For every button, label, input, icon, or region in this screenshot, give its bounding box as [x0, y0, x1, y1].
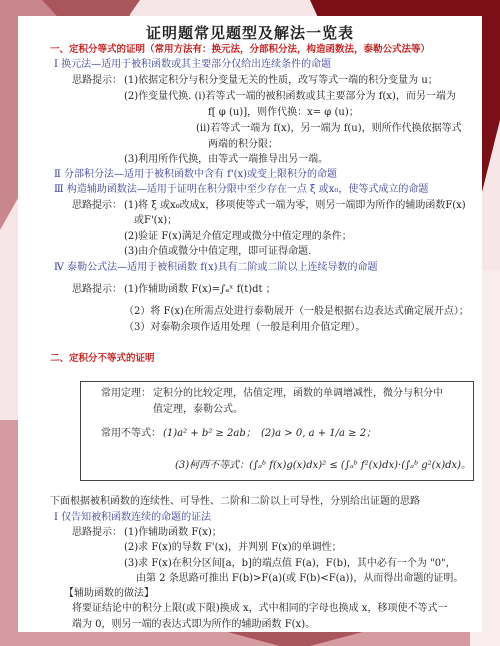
case1-hint-label: 思路提示： — [72, 527, 122, 539]
method3-heading: Ⅲ 构造辅助函数法—适用于证明在积分限中至少存在一点 ξ 或x₀，使等式成立的命… — [54, 184, 428, 196]
method3-line: (3)由介值或微分中值定理，即可证得命题. — [124, 246, 311, 258]
inequality-box: 常用定理： 定积分的比较定理，估值定理，函数的单调增减性，微分与积分中 值定理，… — [80, 381, 474, 481]
inequality-label: 常用不等式： — [101, 428, 161, 440]
case1-heading: Ⅰ 仅告知被积函数连续的命题的证法 — [54, 512, 211, 524]
case1-line: (3)求 F(x)在积分区间[a，b]的端点值 F(a)，F(b)，其中必有一个… — [124, 558, 456, 570]
method1-line: 两端的积分限； — [208, 139, 278, 151]
method1-line: (3)利用所作代换，由等式一端推导出另一端。 — [124, 154, 328, 166]
section2-heading: 二、定积分不等式的证明 — [50, 353, 155, 365]
section1-heading: 一、定积分等式的证明（常用方法有：换元法，分部积分法，构造函数法，泰勒公式法等） — [50, 44, 430, 56]
method1-hint-label: 思路提示： — [72, 75, 122, 87]
method4-formula: (1)作辅助函数 F(x)=∫ₐˣ f(t)dt ； — [124, 284, 276, 296]
method1-line: (2)作变量代换. (i)若等式一端的被积函数或其主要部分为 f(x)，而另一端… — [124, 91, 456, 103]
method4-line: （3）对泰勒余项作适用处理（一般是利用介值定理）。 — [124, 322, 365, 334]
method3-line: (1)将 ξ 或x₀改成x，移项使等式一端为零，则另一端即为所作的辅助函数F(x… — [124, 200, 466, 212]
method1-line: (1)依据定积分与积分变量无关的性质，改写等式一端的积分变量为 u； — [124, 75, 438, 87]
method1-line: f[ φ (u)]，则作代换：x= φ (u)； — [208, 107, 359, 119]
aux-heading: 【辅助函数的做法】 — [64, 588, 154, 600]
case1-line: (1)作辅助函数 F(x)； — [124, 527, 222, 539]
method1-heading: Ⅰ 换元法—适用于被积函数或其主要部分仅给出连续条件的命题 — [54, 59, 331, 71]
cauchy-inequality: (3)柯西不等式：(∫ₐᵇ f(x)g(x)dx)² ≤ (∫ₐᵇ f²(x)d… — [175, 460, 471, 472]
theorems-line: 值定理，泰勒公式。 — [153, 404, 243, 416]
section2-intro: 下面根据被积函数的连续性、可导性、二阶和二阶以上可导性，分别给出证题的思路 — [50, 496, 420, 508]
method3-line: (2)验证 F(x)满足介值定理或微分中值定理的条件； — [124, 231, 352, 243]
method2-heading: Ⅱ 分部积分法—适用于被积函数中含有 f'(x)或变上限积分的命题 — [54, 169, 337, 181]
aux-line: 将要证结论中的积分上限(或下限)换成 x，式中相同的字母也换成 x，移项使不等式… — [72, 603, 447, 615]
decor-shape — [480, 0, 500, 200]
inequality-2: (2)a > 0, a + 1/a ≥ 2； — [261, 428, 376, 440]
method4-hint-label: 思路提示： — [72, 284, 122, 296]
method4-heading: Ⅳ 泰勒公式法—适用于被积函数 f(x)具有二阶或二阶以上连续导数的命题 — [54, 262, 378, 274]
inequality-1: (1)a² + b² ≥ 2ab； — [163, 428, 256, 440]
method4-line: （2）将 F(x)在所需点处进行泰勒展开（一般是根据右边表达式确定展开点）； — [124, 306, 469, 318]
method3-line: 或F'(x)； — [134, 215, 177, 227]
method3-hint-label: 思路提示： — [72, 200, 122, 212]
theorems-label: 常用定理： — [101, 388, 151, 400]
method1-line: (ii)若等式一端为 f(x)，另一端为 f(u)，则所作代换依据等式 — [196, 123, 462, 135]
case1-line: (2)求 F(x)的导数 F'(x)，并判别 F(x)的单调性； — [124, 542, 342, 554]
document-card: 证明题常见题型及解法一览表 一、定积分等式的证明（常用方法有：换元法，分部积分法… — [18, 16, 482, 632]
case1-line: 由第 2 条思路可推出 F(b)>F(a)(或 F(b)<F(a))，从而得出命… — [136, 573, 463, 585]
theorems-line: 定积分的比较定理，估值定理，函数的单调增减性，微分与积分中 — [153, 388, 443, 400]
aux-line: 端为 0，则另一端的表达式即为所作的辅助函数 F(x)。 — [72, 619, 315, 631]
page-title: 证明题常见题型及解法一览表 — [18, 24, 482, 42]
